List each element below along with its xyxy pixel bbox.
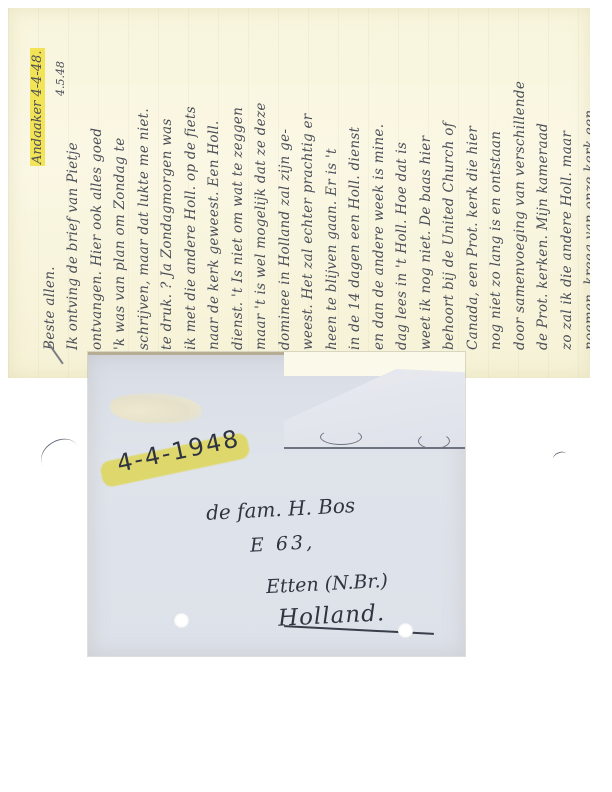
address-recipient: de fam. H. Bos [205, 493, 355, 525]
letter-line-text: 'k was van plan om Zondag te [112, 137, 128, 350]
letter-line-text: dominee in Holland zal zijn ge- [277, 129, 293, 350]
letter-line: nog niet zo lang is en ontstaan [485, 14, 509, 366]
punch-hole [398, 623, 413, 638]
envelope-stain [110, 393, 202, 423]
letter-line-text: weet ik nog niet. De baas hier [418, 136, 434, 350]
address-town: Etten (N.Br.) [266, 570, 389, 598]
letter-line: behoort bij de United Church of [438, 14, 462, 366]
letter-line: naar de kerk geweest. Een Holl. [203, 14, 227, 366]
letter-line-text: Canada, een Prot. kerk die hier [465, 126, 481, 350]
letter-line-text: schrijven, maar dat lukte me niet. [136, 108, 152, 350]
address-house-number: E 63, [249, 531, 315, 556]
letter-line-text: weest. Het zal echter prachtig er [300, 113, 316, 350]
letter-line-text: zo zal ik die andere Holl. maar [559, 131, 575, 350]
letter-line: noemen, kreeg van onze kerk een [579, 14, 591, 366]
letter-line-text: behoort bij de United Church of [441, 122, 457, 350]
letter-line-text: ik met die andere Holl. op de fiets [183, 106, 199, 350]
letter-line-text: nog niet zo lang is en ontstaan [488, 131, 504, 350]
letter-line-text: maar 't is wel mogelijk dat ze deze [253, 102, 269, 350]
letter-line: weest. Het zal echter prachtig er [297, 14, 321, 366]
letter-line: schrijven, maar dat lukte me niet. [132, 14, 156, 366]
letter-line: heen te blijven gaan. Er is 't [320, 14, 344, 366]
postmark-fragment [320, 429, 362, 445]
letter-line: Canada, een Prot. kerk die hier [461, 14, 485, 366]
letter-line: Beste allen. [38, 14, 62, 366]
letter-line: ontvangen. Hier ook alles goed [85, 14, 109, 366]
envelope-date-annotation: 4-4-1948 [100, 427, 250, 479]
letter-line-text: te druk. ? Ja Zondagmorgen was [159, 118, 175, 350]
punch-hole [174, 613, 189, 628]
letter-line: door samenvoeging van verschillende [508, 14, 532, 366]
letter-line-text: in de 14 dagen een Holl. dienst [347, 127, 363, 350]
letter-line-text: heen te blijven gaan. Er is 't [324, 148, 340, 350]
letter-line-text: en dan de andere week is mine. [371, 124, 387, 350]
letter-line: dag lees in 't Holl. Hoe dat is [391, 14, 415, 366]
letter-line: dominee in Holland zal zijn ge- [273, 14, 297, 366]
letter-line-text: ontvangen. Hier ook alles goed [89, 128, 105, 350]
letter-line-text: Beste allen. [42, 266, 58, 350]
letter-line: maar 't is wel mogelijk dat ze deze [250, 14, 274, 366]
letter-line-text: naar de kerk geweest. Een Holl. [206, 120, 222, 350]
envelope: 4-4-1948 de fam. H. Bos E 63, Etten (N.B… [88, 352, 465, 656]
letter-line: te druk. ? Ja Zondagmorgen was [156, 14, 180, 366]
postmark-fragment [418, 433, 450, 449]
letter-line: de Prot. kerken. Mijn kameraad [532, 14, 556, 366]
letter-line: Ik ontving de brief van Pietje [62, 14, 86, 366]
letter-line: zo zal ik die andere Holl. maar [555, 14, 579, 366]
letter-line-text: dienst. 't Is niet om wat te zeggen [230, 107, 246, 350]
letter-line: dienst. 't Is niet om wat te zeggen [226, 14, 250, 366]
letter-line: en dan de andere week is mine. [367, 14, 391, 366]
stray-pen-mark [552, 450, 568, 463]
letter-line-text: door samenvoeging van verschillende [512, 81, 528, 350]
letter-line-text: noemen, kreeg van onze kerk een [582, 110, 590, 350]
letter-line: ik met die andere Holl. op de fiets [179, 14, 203, 366]
letter-line-text: de Prot. kerken. Mijn kameraad [535, 123, 551, 350]
letter-line: 'k was van plan om Zondag te [109, 14, 133, 366]
letter-line-text: dag lees in 't Holl. Hoe dat is [394, 142, 410, 350]
letter-line: weet ik nog niet. De baas hier [414, 14, 438, 366]
letter-line-text: Ik ontving de brief van Pietje [65, 142, 81, 350]
letter-body: Beste allen.Ik ontving de brief van Piet… [38, 14, 590, 366]
stray-pen-mark [35, 432, 85, 479]
letter-line: in de 14 dagen een Holl. dienst [344, 14, 368, 366]
handwritten-letter: Andaaker 4-4-48. 4.5.48 Beste allen.Ik o… [8, 8, 590, 378]
